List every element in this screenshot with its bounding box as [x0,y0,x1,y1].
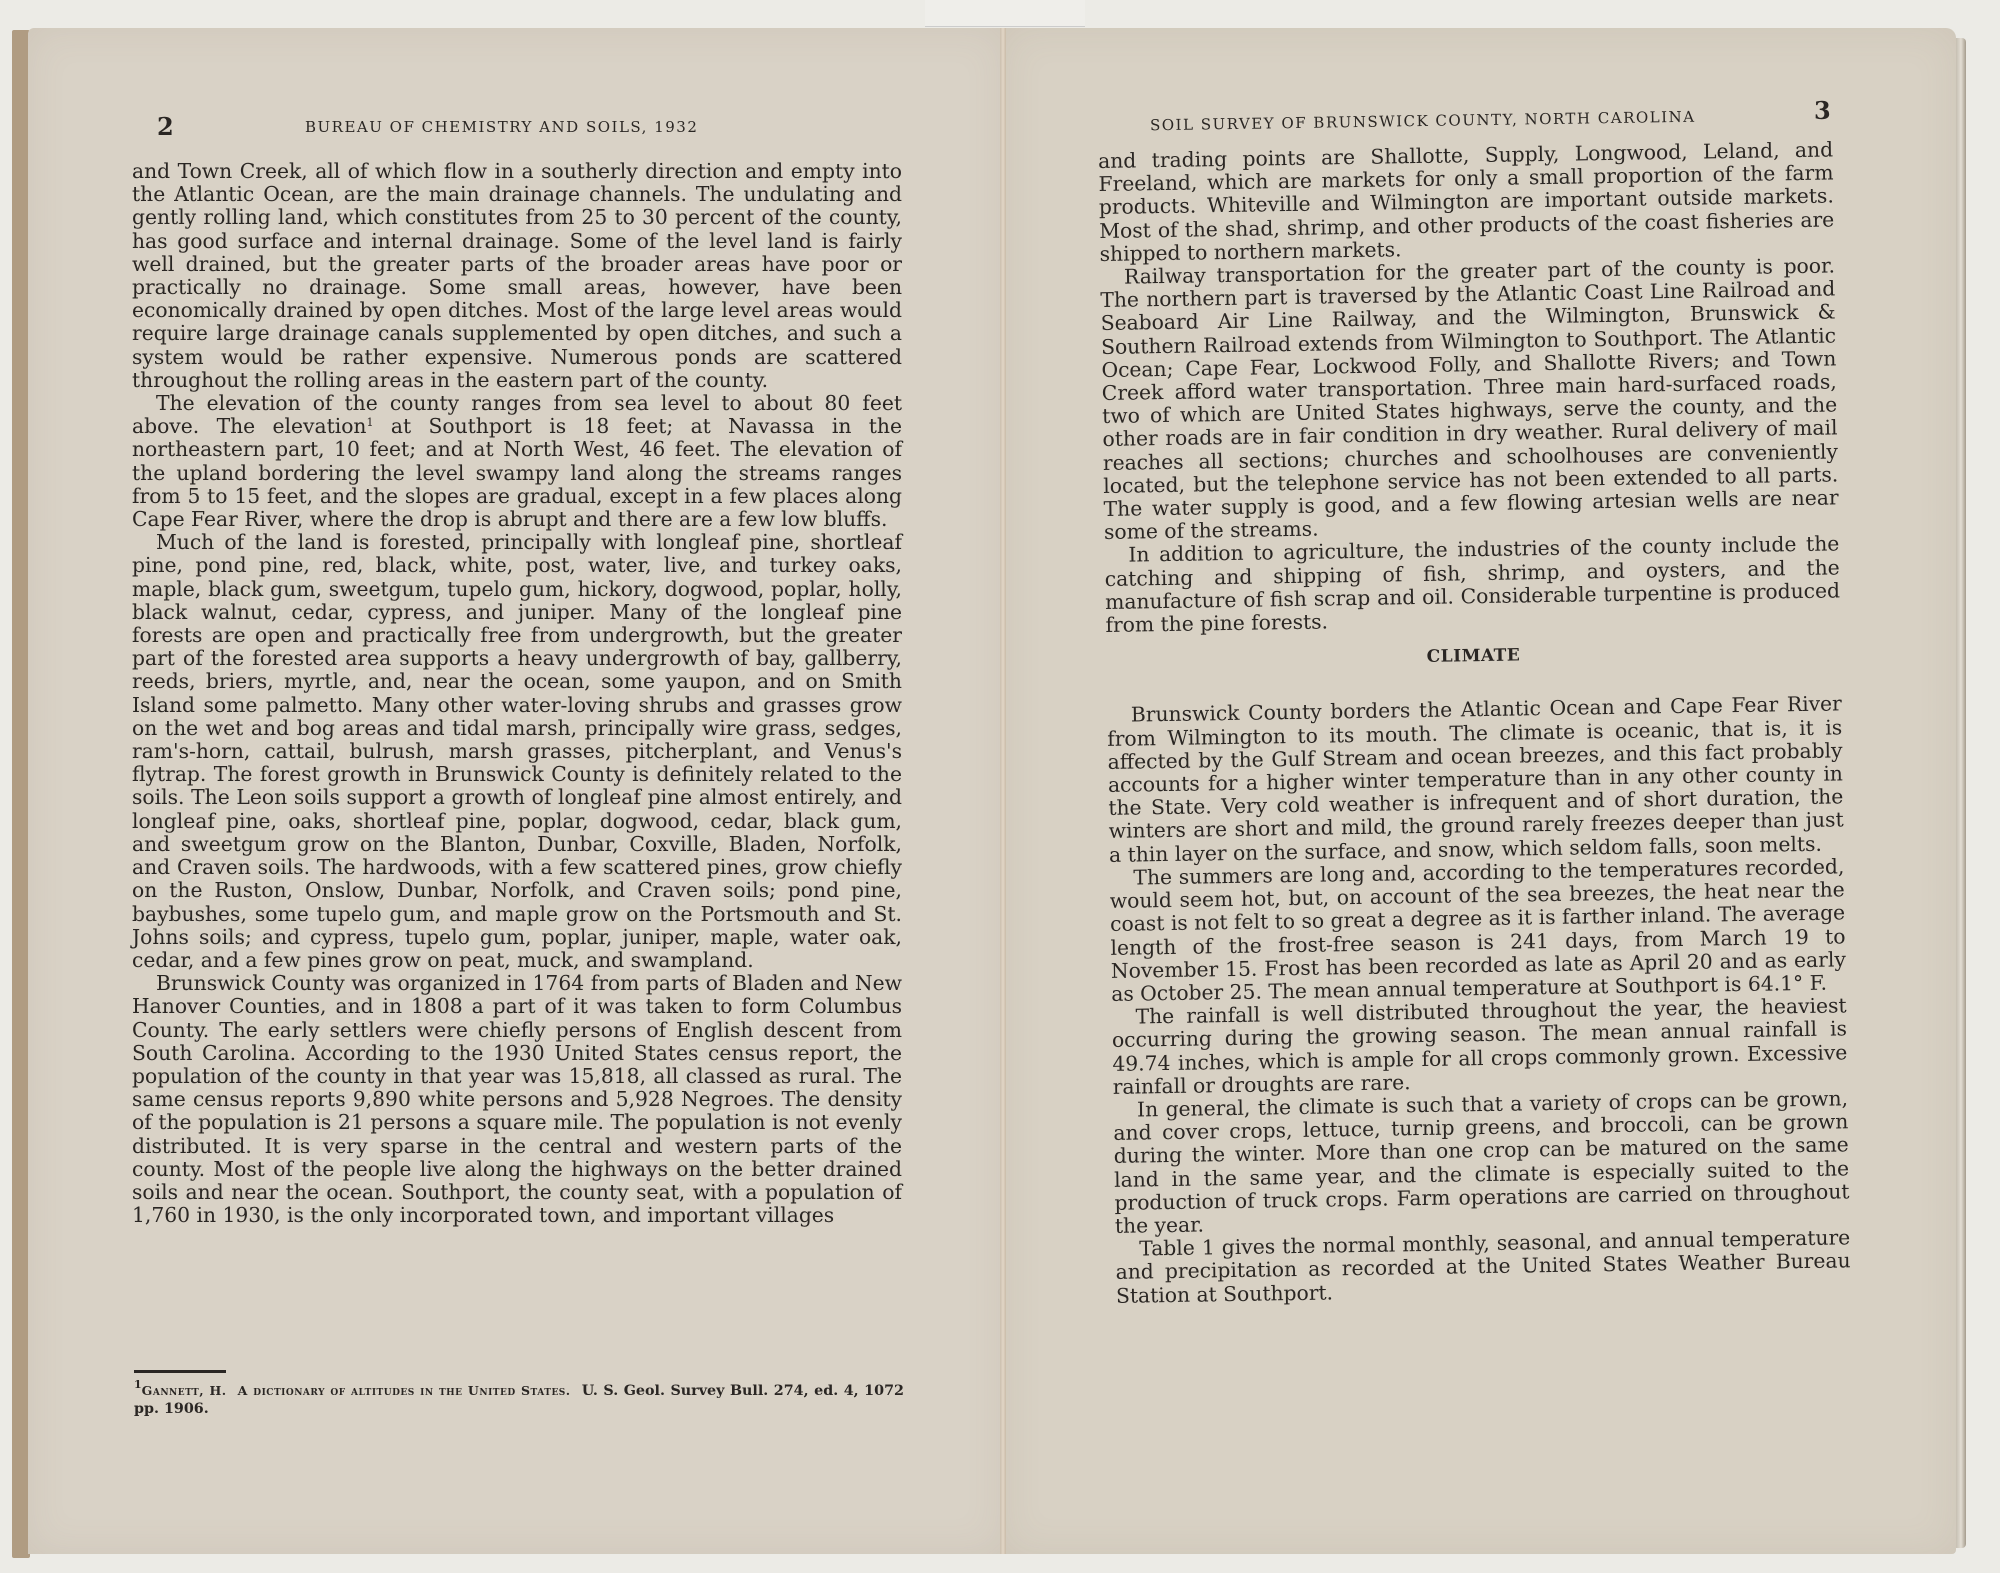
paragraph: Railway transportation for the greater p… [1100,254,1839,544]
book-gutter [1000,28,1006,1554]
page-number: 3 [1814,96,1831,125]
paragraph: Much of the land is forested, principall… [132,531,902,972]
paragraph: The summers are long and, according to t… [1109,855,1846,1006]
paragraph: In general, the climate is such that a v… [1113,1087,1850,1238]
page-number: 2 [157,112,174,141]
footnote-ref[interactable]: 1 [366,416,373,429]
paragraph: Table 1 gives the normal monthly, season… [1115,1226,1851,1307]
paragraph: Brunswick County was organized in 1764 f… [132,972,902,1227]
paragraph: and trading points are Shallotte, Supply… [1098,138,1835,266]
footnote-author: Gannett, H. [142,1383,227,1398]
running-head: BUREAU OF CHEMISTRY AND SOILS, 1932 [305,118,698,136]
paragraph: The elevation of the county ranges from … [132,392,902,531]
footnote-divider [134,1370,226,1373]
footnote: 1Gannett, H. A dictionary of altitudes i… [134,1382,904,1418]
paragraph: In addition to agriculture, the industri… [1104,533,1840,637]
background-paper-strip [925,0,1085,27]
body-text: and Town Creek, all of which flow in a s… [132,160,902,1227]
section-heading-climate: CLIMATE [1106,640,1841,675]
paragraph: The rainfall is well distributed through… [1111,994,1847,1098]
page-stack-edge [1956,38,1966,1548]
paragraph: and Town Creek, all of which flow in a s… [132,160,902,392]
paragraph: Brunswick County borders the Atlantic Oc… [1107,693,1844,867]
body-text: and trading points are Shallotte, Supply… [1098,138,1851,1307]
footnote-title: A dictionary of altitudes in the United … [238,1383,571,1398]
